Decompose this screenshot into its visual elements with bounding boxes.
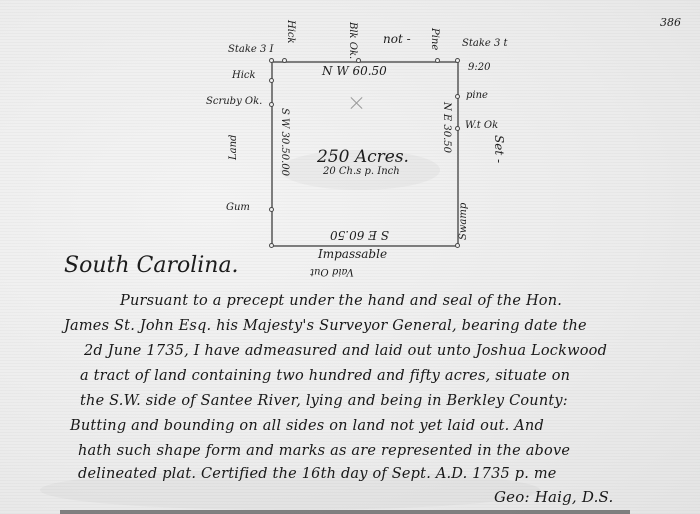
body-line: hath such shape form and marks as are re… (78, 443, 570, 459)
boundary-marker (455, 126, 460, 131)
label-land: Land (228, 135, 239, 160)
label-stake-nw: Stake 3 I (228, 44, 273, 55)
label-gum: Gum (226, 202, 250, 213)
boundary-marker (282, 58, 287, 63)
document-heading: South Carolina. (64, 253, 239, 278)
plat-west-boundary (271, 61, 273, 246)
plat-north-boundary (272, 61, 458, 63)
boundary-marker (455, 94, 460, 99)
boundary-marker (269, 102, 274, 107)
label-hickory-top: Hick (285, 20, 296, 44)
label-hickory-left: Hick (232, 70, 256, 81)
bearing-east: N E 30.50 (441, 102, 452, 153)
label-impassable: Impassable (318, 247, 387, 261)
label-swamp: Swamp (458, 203, 469, 240)
bearing-west: S W 30.50.00 (279, 108, 290, 176)
body-line: James St. John Esq. his Majesty's Survey… (64, 318, 587, 334)
plat-center-cross-mark (350, 96, 364, 110)
label-scrub-oak: Scruby Ok. (206, 96, 262, 107)
label-vacant: Vaid Out (310, 266, 354, 277)
boundary-marker (269, 207, 274, 212)
body-line: the S.W. side of Santee River, lying and… (80, 393, 568, 409)
corner-marker-nw (269, 58, 274, 63)
body-line: Pursuant to a precept under the hand and… (120, 293, 562, 309)
label-not: not - (383, 32, 411, 46)
corner-marker-sw (269, 243, 274, 248)
corner-marker-se (455, 243, 460, 248)
body-line: a tract of land containing two hundred a… (80, 368, 570, 384)
bearing-south: S E 60.50 (330, 228, 389, 242)
page-bottom-edge (60, 510, 630, 514)
plat-scale: 20 Ch.s p. Inch (323, 166, 400, 177)
label-set: Set - (492, 135, 506, 163)
boundary-marker (435, 58, 440, 63)
label-stake-ne: Stake 3 t (462, 38, 508, 49)
label-measure: 9:20 (468, 62, 490, 73)
page-number: 386 (660, 16, 681, 29)
label-black-oak: Blk Ok. (347, 22, 358, 59)
corner-marker-ne (455, 58, 460, 63)
bearing-north: N W 60.50 (322, 64, 387, 78)
plat-acreage: 250 Acres. (317, 147, 409, 167)
label-pine-right: pine (466, 90, 488, 101)
body-line: 2d June 1735, I have admeasured and laid… (84, 343, 607, 359)
surveyor-signature: Geo: Haig, D.S. (494, 488, 613, 506)
label-pine-top: Pine (429, 28, 440, 50)
body-line: delineated plat. Certified the 16th day … (78, 466, 557, 482)
label-white-oak: W.t Ok (465, 120, 498, 131)
body-line: Butting and bounding on all sides on lan… (70, 418, 544, 434)
document-page: 386 N W 60.50 S E 60.50 S W 30.50.00 N E… (0, 0, 700, 514)
boundary-marker (269, 78, 274, 83)
